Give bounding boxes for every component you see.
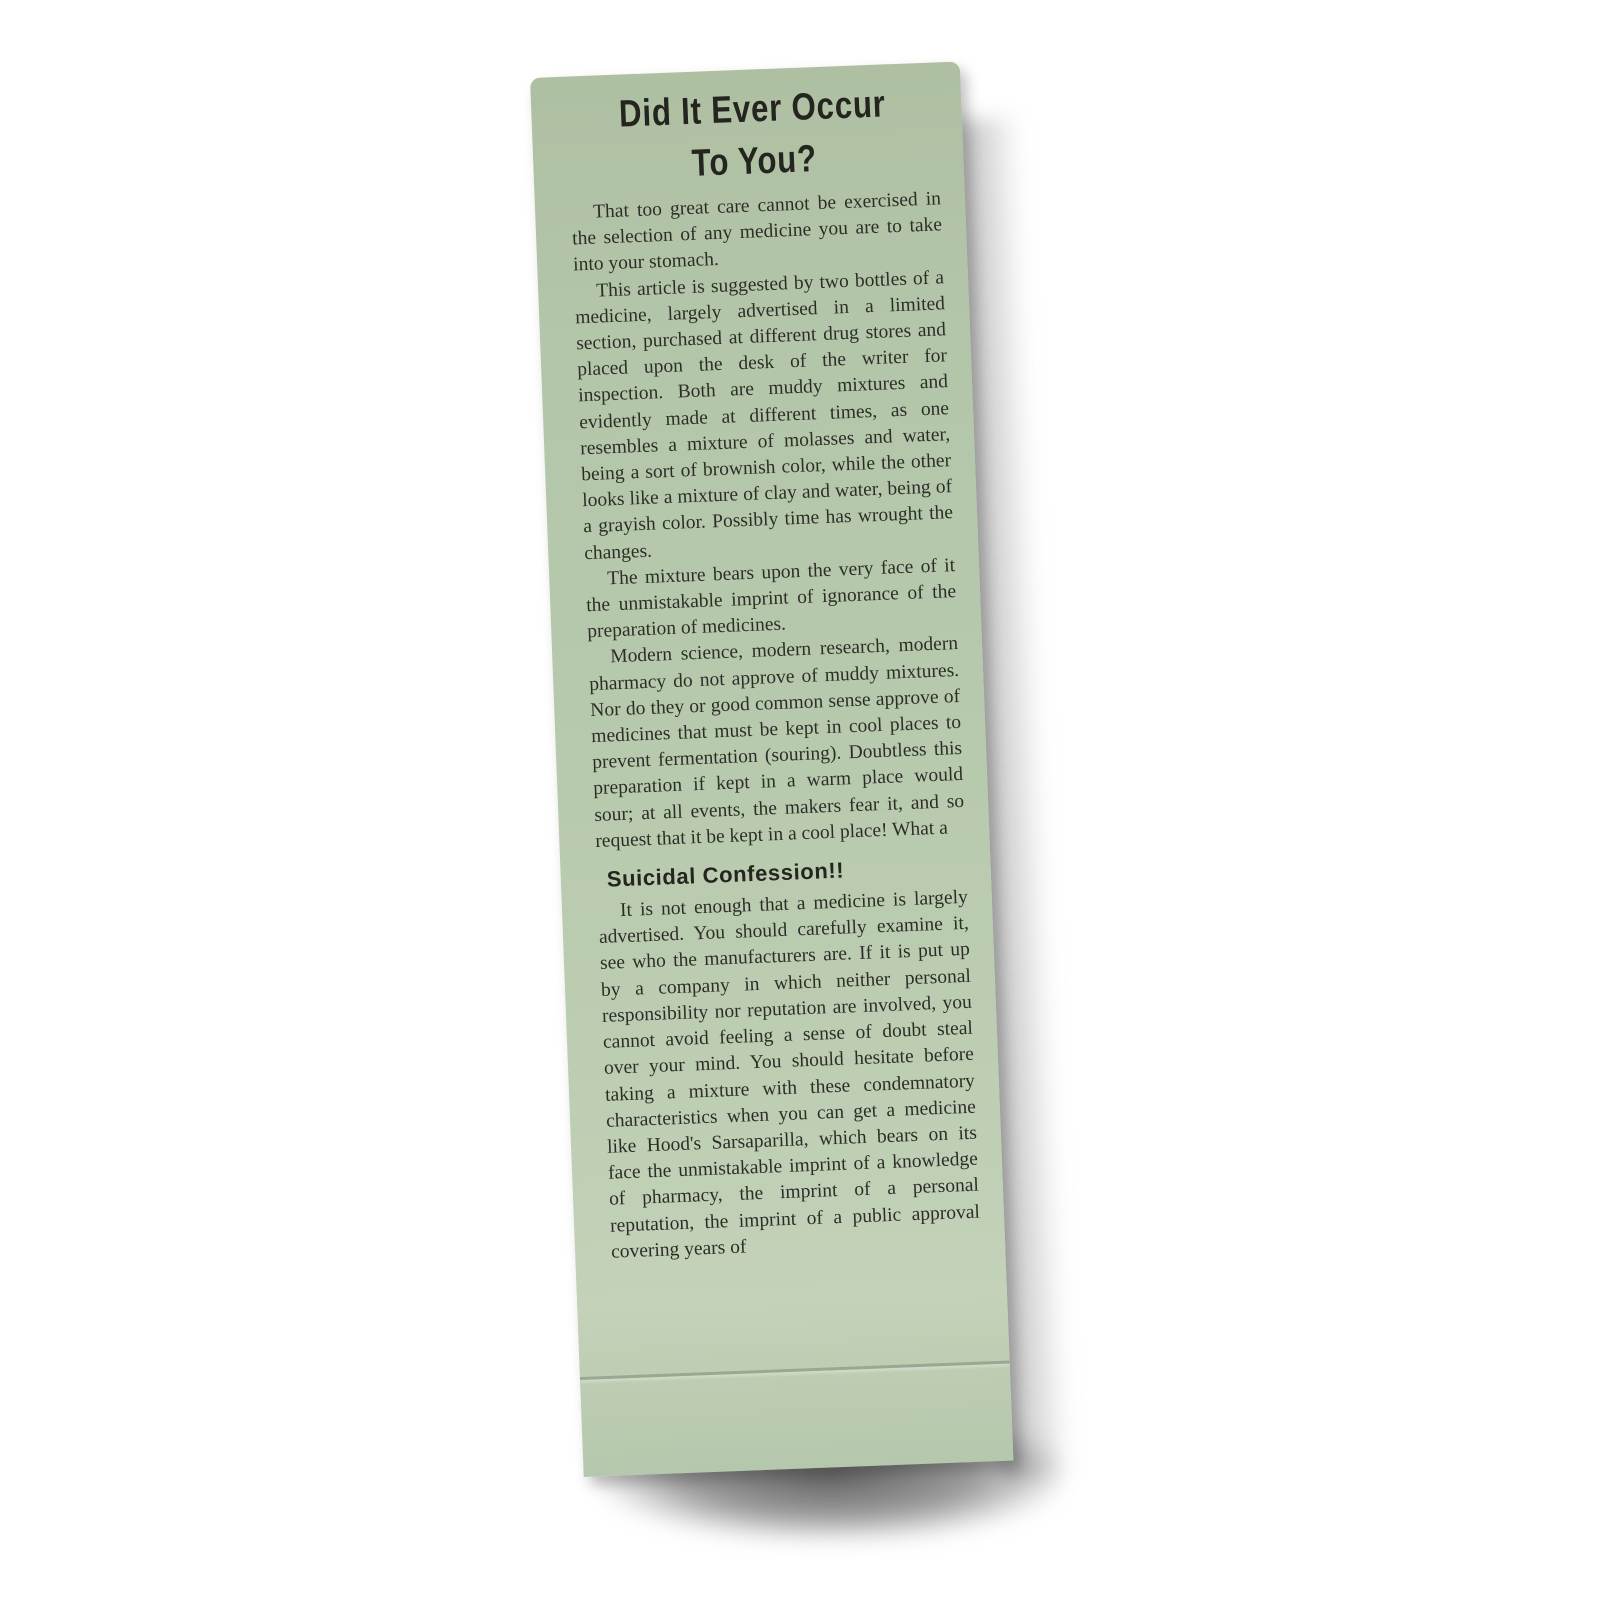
closing-body: It is not enough that a medicine is larg… [598,885,982,1266]
article-body: That too great care cannot be exercised … [571,186,966,855]
paragraph-1: That too great care cannot be exercised … [571,186,944,279]
pamphlet-content: Did It Ever Occur To You? That too great… [567,76,982,1265]
pamphlet-strip: Did It Ever Occur To You? That too great… [530,61,1013,1476]
paragraph-2: This article is suggested by two bottles… [574,265,955,567]
headline: Did It Ever Occur To You? [600,78,907,194]
paragraph-4: Modern science, modern research, modern … [588,631,966,855]
paragraph-3: The mixture bears upon the very face of … [585,553,958,646]
photo-background: Did It Ever Occur To You? That too great… [0,0,1600,1600]
closing-paragraph: It is not enough that a medicine is larg… [598,885,982,1266]
